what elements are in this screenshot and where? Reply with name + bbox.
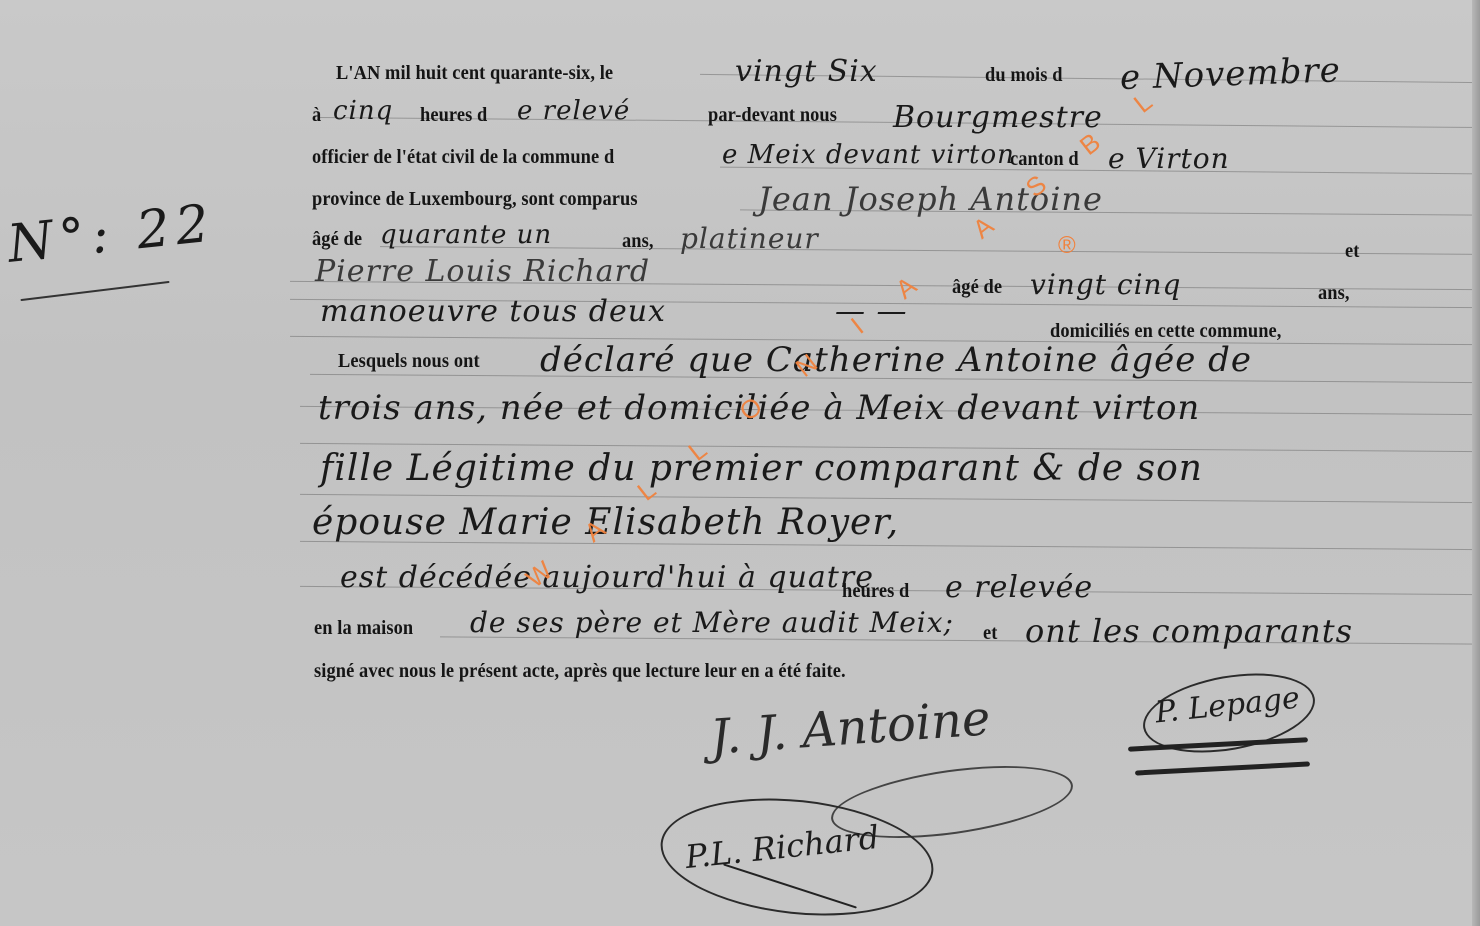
printed-hours-label-2: heures d [842, 580, 909, 603]
hand-canton: e Virton [1108, 142, 1230, 175]
document-page: N°: 22 L'AN mil huit cent quarante-six, … [0, 0, 1480, 926]
printed-province-line: province de Luxembourg, sont comparus [312, 188, 638, 211]
printed-house-label: en la maison [314, 617, 413, 640]
printed-and: et [1345, 240, 1359, 263]
hand-declaration-1: déclaré que Catherine Antoine âgée de [540, 340, 1252, 380]
printed-at: à [312, 104, 321, 127]
hand-age-1: quarante un [380, 220, 552, 250]
hand-day: vingt Six [735, 54, 878, 89]
hand-age-2: vingt cinq [1030, 268, 1181, 301]
printed-age-label-1: âgé de [312, 228, 362, 251]
printed-years-1: ans, [622, 230, 654, 253]
hand-signed: ont les comparants [1025, 612, 1353, 650]
printed-closing-line: signé avec nous le présent acte, après q… [314, 660, 846, 683]
watermark-registered-symbol: ® [1058, 232, 1076, 260]
hand-declaration-5: est décédée aujourd'hui à quatre [340, 560, 874, 595]
printed-declarants-label: Lesquels nous ont [338, 350, 480, 373]
printed-hours-label: heures d [420, 104, 487, 127]
hand-hour: cinq [333, 96, 393, 126]
printed-and-2: et [983, 622, 997, 645]
hand-profession-2: manoeuvre tous deux [320, 294, 666, 329]
hand-comparant-2: Pierre Louis Richard [315, 254, 650, 289]
hand-period-2: e relevée [945, 570, 1093, 605]
hand-house: de ses père et Mère audit Meix; [470, 606, 954, 639]
hand-commune: e Meix devant virton [722, 140, 1015, 170]
signature-antoine: J. J. Antoine [708, 690, 992, 765]
hand-period: e relevé [517, 96, 630, 126]
entry-number: N°: 22 [5, 193, 218, 274]
margin-flourish [20, 281, 169, 301]
signature-paraph-2 [1135, 761, 1310, 775]
printed-years-2: ans, [1318, 282, 1350, 305]
hand-officer-title: Bourgmestre [893, 100, 1103, 135]
page-edge [1472, 0, 1480, 926]
printed-month-label: du mois d [985, 64, 1063, 87]
printed-before-us: par-devant nous [708, 104, 837, 127]
hand-declaration-3: fille Légitime du premier comparant & de… [320, 448, 1203, 489]
printed-officer-line: officier de l'état civil de la commune d [312, 146, 614, 169]
hand-profession-1: platineur [680, 222, 819, 255]
printed-age-label-2: âgé de [952, 276, 1002, 299]
printed-year-line: L'AN mil huit cent quarante-six, le [336, 62, 613, 85]
